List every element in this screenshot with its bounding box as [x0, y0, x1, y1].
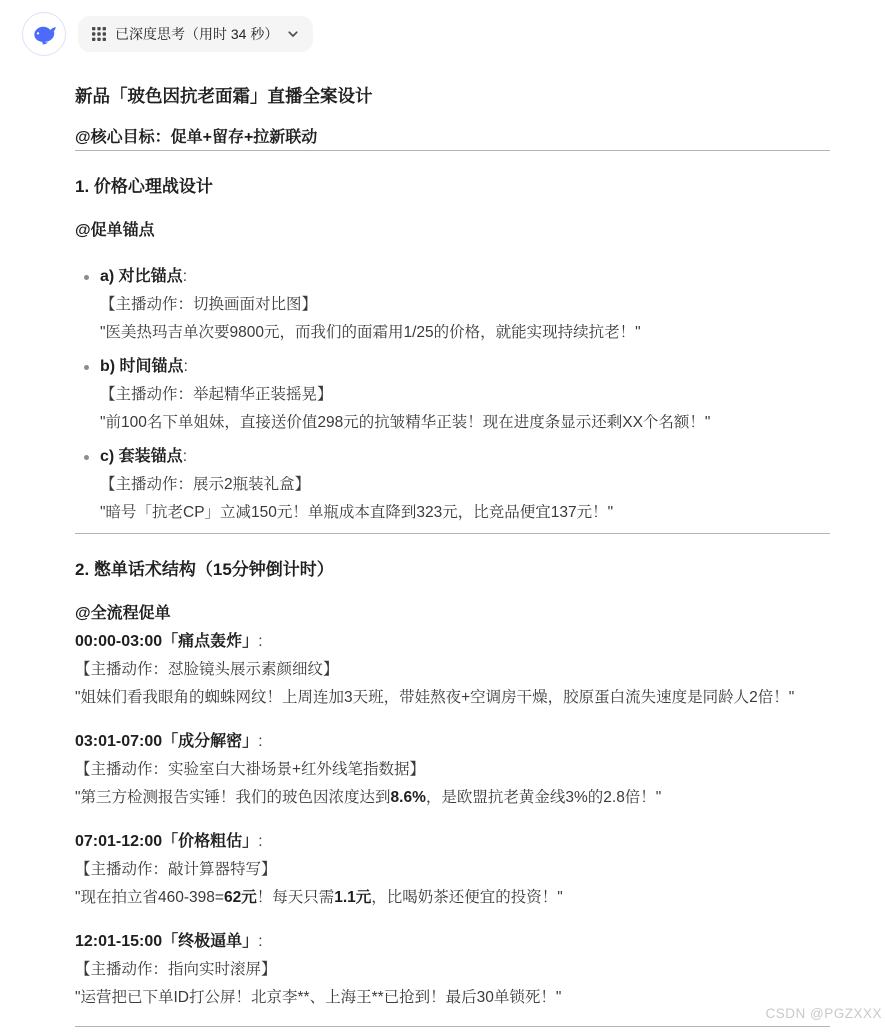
thinking-grid-icon	[92, 27, 106, 41]
bullet-title: c) 套装锚点:	[100, 443, 830, 471]
timeline-block: 12:01-15:00「终极逼单」: 【主播动作：指向实时滚屏】 "运营把已下单…	[75, 928, 830, 1012]
deep-think-toggle[interactable]: 已深度思考（用时 34 秒）	[78, 16, 313, 52]
section2-subheading: @全流程促单	[75, 602, 830, 626]
message-header: 已深度思考（用时 34 秒）	[0, 0, 885, 58]
time-slot-label: 03:01-07:00「成分解密」	[75, 733, 258, 750]
host-action-line: 【主播动作：指向实时滚屏】	[75, 956, 830, 984]
bottom-divider	[75, 1026, 830, 1027]
bullet-title: b) 时间锚点:	[100, 353, 830, 381]
anchor-bullet-list: a) 对比锚点: 【主播动作：切换画面对比图】 "医美热玛吉单次要9800元，而…	[75, 263, 830, 527]
script-quote-line: "现在拍立省460-398=62元！每天只需1.1元，比喝奶茶还便宜的投资！"	[75, 884, 830, 912]
bullet-colon: :	[183, 268, 187, 285]
time-slot-title: 00:00-03:00「痛点轰炸」:	[75, 628, 830, 656]
time-slot-label: 12:01-15:00「终极逼单」	[75, 933, 258, 950]
timeline-block: 00:00-03:00「痛点轰炸」: 【主播动作：怼脸镜头展示素颜细纹】 "姐妹…	[75, 628, 830, 712]
script-quote-line: "第三方检测报告实锤！我们的玻色因浓度达到8.6%，是欧盟抗老黄金线3%的2.8…	[75, 784, 830, 812]
script-quote-line: "前100名下单姐妹，直接送价值298元的抗皱精华正装！现在进度条显示还剩XX个…	[100, 409, 830, 437]
bullet-label: a) 对比锚点	[100, 268, 183, 285]
host-action-line: 【主播动作：举起精华正装摇晃】	[100, 381, 830, 409]
host-action-line: 【主播动作：展示2瓶装礼盒】	[100, 471, 830, 499]
time-slot-colon: :	[258, 933, 262, 950]
section1-subheading: @促单锚点	[75, 219, 830, 243]
bullet-label: b) 时间锚点	[100, 358, 184, 375]
bullet-label: c) 套装锚点	[100, 448, 183, 465]
script-quote-line: "姐妹们看我眼角的蜘蛛网纹！上周连加3天班，带娃熬夜+空调房干燥，胶原蛋白流失速…	[75, 684, 830, 712]
bullet-colon: :	[183, 448, 187, 465]
doc-title: 新品「玻色因抗老面霜」直播全案设计	[75, 84, 830, 108]
time-slot-title: 07:01-12:00「价格粗估」:	[75, 828, 830, 856]
host-action-line: 【主播动作：敲计算器特写】	[75, 856, 830, 884]
chat-response-page: 已深度思考（用时 34 秒） 新品「玻色因抗老面霜」直播全案设计 @核心目标：促…	[0, 0, 885, 1034]
assistant-avatar	[22, 12, 66, 56]
chevron-down-icon	[287, 28, 299, 40]
time-slot-label: 00:00-03:00「痛点轰炸」	[75, 633, 258, 650]
bullet-title: a) 对比锚点:	[100, 263, 830, 291]
bullet-colon: :	[184, 358, 188, 375]
time-slot-title: 03:01-07:00「成分解密」:	[75, 728, 830, 756]
csdn-watermark: CSDN @PGZXXX	[766, 1006, 882, 1021]
time-slot-colon: :	[258, 733, 262, 750]
timeline-block: 07:01-12:00「价格粗估」: 【主播动作：敲计算器特写】 "现在拍立省4…	[75, 828, 830, 912]
divider	[75, 150, 830, 151]
list-item: c) 套装锚点: 【主播动作：展示2瓶装礼盒】 "暗号「抗老CP」立减150元！…	[75, 443, 830, 527]
host-action-line: 【主播动作：实验室白大褂场景+红外线笔指数据】	[75, 756, 830, 784]
whale-logo-icon	[29, 19, 59, 49]
host-action-line: 【主播动作：切换画面对比图】	[100, 291, 830, 319]
divider	[75, 533, 830, 534]
deep-think-label: 已深度思考（用时 34 秒）	[115, 24, 278, 44]
message-content: 新品「玻色因抗老面霜」直播全案设计 @核心目标：促单+留存+拉新联动 1. 价格…	[0, 84, 885, 1012]
time-slot-title: 12:01-15:00「终极逼单」:	[75, 928, 830, 956]
time-slot-colon: :	[258, 833, 262, 850]
script-quote-line: "医美热玛吉单次要9800元，而我们的面霜用1/25的价格，就能实现持续抗老！"	[100, 319, 830, 347]
section2-heading: 2. 憋单话术结构（15分钟倒计时）	[75, 558, 830, 582]
time-slot-label: 07:01-12:00「价格粗估」	[75, 833, 258, 850]
section1-heading: 1. 价格心理战设计	[75, 175, 830, 199]
list-item: a) 对比锚点: 【主播动作：切换画面对比图】 "医美热玛吉单次要9800元，而…	[75, 263, 830, 347]
list-item: b) 时间锚点: 【主播动作：举起精华正装摇晃】 "前100名下单姐妹，直接送价…	[75, 353, 830, 437]
script-quote-line: "暗号「抗老CP」立减150元！单瓶成本直降到323元，比竞品便宜137元！"	[100, 499, 830, 527]
script-quote-line: "运营把已下单ID打公屏！北京李**、上海王**已抢到！最后30单锁死！"	[75, 984, 830, 1012]
timeline-block: 03:01-07:00「成分解密」: 【主播动作：实验室白大褂场景+红外线笔指数…	[75, 728, 830, 812]
core-goal-line: @核心目标：促单+留存+拉新联动	[75, 126, 830, 150]
time-slot-colon: :	[258, 633, 262, 650]
host-action-line: 【主播动作：怼脸镜头展示素颜细纹】	[75, 656, 830, 684]
